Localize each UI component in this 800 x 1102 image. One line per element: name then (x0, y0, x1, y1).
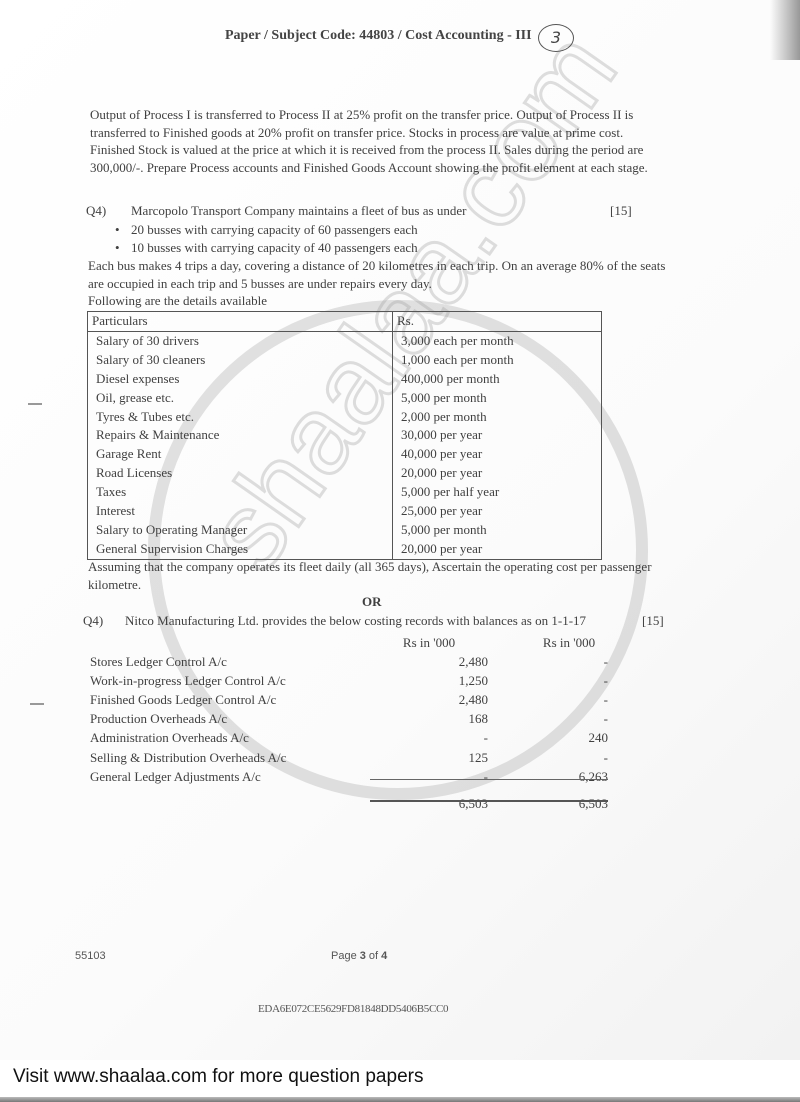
total-cr: 6,503 (530, 794, 608, 813)
bus-fleet-list: 20 busses with carrying capacity of 60 p… (115, 221, 418, 257)
account-name: Production Overheads A/c (90, 709, 227, 728)
or-separator: OR (362, 594, 382, 610)
trip-paragraph: Each bus makes 4 trips a day, covering a… (88, 257, 673, 292)
amount-cell: 40,000 per year (393, 445, 602, 464)
debit-amount: 168 (420, 709, 488, 728)
account-name: Finished Goods Ledger Control A/c (90, 690, 276, 709)
question-marks: [15] (610, 203, 632, 219)
account-name: Stores Ledger Control A/c (90, 652, 227, 671)
debit-amount: 1,250 (420, 671, 488, 690)
credit-amount: - (530, 709, 608, 728)
account-name: Work-in-progress Ledger Control A/c (90, 671, 286, 690)
amount-cell: 5,000 per half year (393, 483, 602, 502)
particular-cell: Salary of 30 drivers (88, 331, 393, 350)
particular-cell: Tyres & Tubes etc. (88, 408, 393, 427)
question-text: Nitco Manufacturing Ltd. provides the be… (125, 613, 586, 629)
amount-cell: 2,000 per month (393, 408, 602, 427)
intro-paragraph: Output of Process I is transferred to Pr… (90, 106, 670, 176)
account-name: Administration Overheads A/c (90, 728, 249, 747)
credit-amount: - (530, 690, 608, 709)
table-row: Salary of 30 cleaners1,000 each per mont… (88, 351, 602, 370)
particular-cell: Diesel expenses (88, 370, 393, 389)
page-edge-shadow (770, 0, 800, 60)
particular-cell: Garage Rent (88, 445, 393, 464)
particular-cell: Road Licenses (88, 464, 393, 483)
page-header: Paper / Subject Code: 44803 / Cost Accou… (225, 28, 532, 44)
banner-divider (0, 1097, 800, 1102)
particular-cell: General Supervision Charges (88, 540, 393, 559)
list-item: 20 busses with carrying capacity of 60 p… (115, 221, 418, 239)
amount-cell: 5,000 per month (393, 389, 602, 408)
table-row: Oil, grease etc.5,000 per month (88, 389, 602, 408)
amount-cell: 30,000 per year (393, 426, 602, 445)
column-header: Rs. (393, 312, 602, 332)
table-row: Garage Rent40,000 per year (88, 445, 602, 464)
promo-link[interactable]: Visit www.shaalaa.com for more question … (13, 1066, 423, 1088)
question-marks: [15] (642, 613, 664, 629)
margin-mark (30, 703, 44, 705)
table-row: Road Licenses20,000 per year (88, 464, 602, 483)
question-number: Q4) (83, 613, 103, 629)
column-header-cr: Rs in '000 (520, 633, 618, 652)
total-double-rule (370, 800, 608, 802)
amount-cell: 20,000 per year (393, 464, 602, 483)
table-row: Salary of 30 drivers3,000 each per month (88, 331, 602, 350)
total-dr: 6,503 (420, 794, 488, 813)
footer-code: 55103 (75, 950, 106, 962)
debit-amount: - (420, 728, 488, 747)
footer-page-number: Page 3 of 4 (331, 950, 387, 962)
question-number: Q4) (86, 203, 106, 219)
particular-cell: Salary of 30 cleaners (88, 351, 393, 370)
particular-cell: Repairs & Maintenance (88, 426, 393, 445)
table-row: Diesel expenses400,000 per month (88, 370, 602, 389)
cost-details-table: ParticularsRs.Salary of 30 drivers3,000 … (87, 311, 602, 560)
table-row: Salary to Operating Manager5,000 per mon… (88, 521, 602, 540)
footer-hash: EDA6E072CE5629FD81848DD5406B5CC0 (258, 1003, 448, 1015)
credit-amount: 240 (530, 728, 608, 747)
subtotal-rule (370, 779, 608, 780)
credit-amount: 6,263 (530, 767, 608, 786)
table-row: Tyres & Tubes etc.2,000 per month (88, 408, 602, 427)
amount-cell: 20,000 per year (393, 540, 602, 559)
list-item: 10 busses with carrying capacity of 40 p… (115, 239, 418, 257)
debit-amount: 2,480 (420, 690, 488, 709)
account-name: Selling & Distribution Overheads A/c (90, 748, 286, 767)
amount-cell: 25,000 per year (393, 502, 602, 521)
debit-amount: 2,480 (420, 652, 488, 671)
amount-cell: 3,000 each per month (393, 331, 602, 350)
particular-cell: Salary to Operating Manager (88, 521, 393, 540)
scanned-page: shaalaa.com Paper / Subject Code: 44803 … (0, 0, 800, 1060)
promo-banner: Visit www.shaalaa.com for more question … (0, 1060, 800, 1102)
table-row: Taxes5,000 per half year (88, 483, 602, 502)
particular-cell: Interest (88, 502, 393, 521)
amount-cell: 5,000 per month (393, 521, 602, 540)
debit-amount: - (420, 767, 488, 786)
credit-amount: - (530, 671, 608, 690)
debit-amount: 125 (420, 748, 488, 767)
credit-amount: - (530, 652, 608, 671)
credit-amount: - (530, 748, 608, 767)
table-row: Repairs & Maintenance30,000 per year (88, 426, 602, 445)
amount-cell: 400,000 per month (393, 370, 602, 389)
table-row: Interest25,000 per year (88, 502, 602, 521)
amount-cell: 1,000 each per month (393, 351, 602, 370)
margin-mark (28, 403, 42, 405)
column-header: Particulars (88, 312, 393, 332)
account-name: General Ledger Adjustments A/c (90, 767, 261, 786)
closing-paragraph: Assuming that the company operates its f… (88, 558, 673, 593)
table-row: General Supervision Charges20,000 per ye… (88, 540, 602, 559)
particular-cell: Taxes (88, 483, 393, 502)
question-text: Marcopolo Transport Company maintains a … (131, 203, 466, 219)
handwritten-page-number: 3 (538, 24, 574, 52)
particular-cell: Oil, grease etc. (88, 389, 393, 408)
details-intro: Following are the details available (88, 293, 267, 309)
column-header-dr: Rs in '000 (380, 633, 478, 652)
table-header-row: ParticularsRs. (88, 312, 602, 332)
